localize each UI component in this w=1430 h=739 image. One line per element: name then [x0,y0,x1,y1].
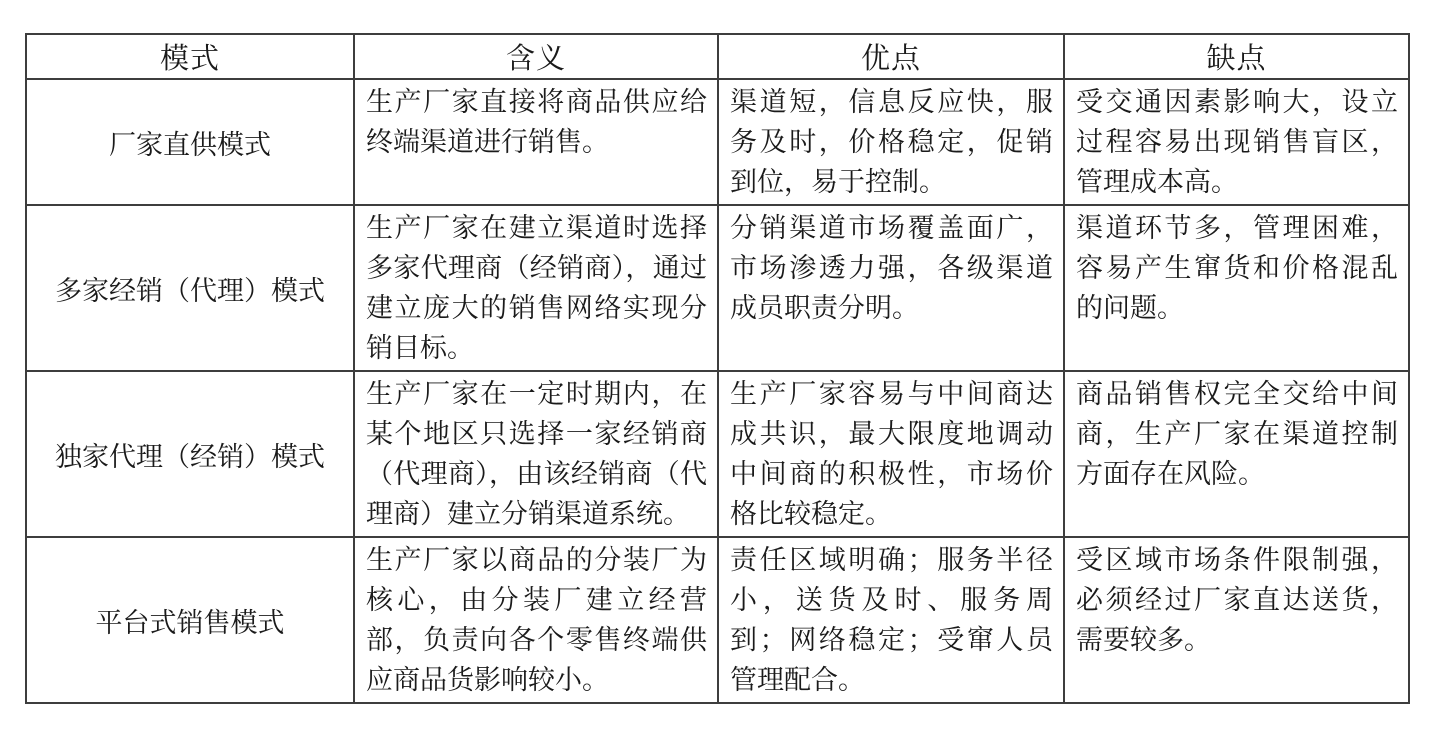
header-cons: 缺点 [1064,34,1409,79]
table-body: 厂家直供模式 生产厂家直接将商品供应给终端渠道进行销售。 渠道短，信息反应快，服… [26,79,1409,703]
cell-cons: 受区域市场条件限制强，必须经过厂家直达送货，需要较多。 [1064,537,1409,703]
distribution-models-table: 模式 含义 优点 缺点 厂家直供模式 生产厂家直接将商品供应给终端渠道进行销售。… [25,33,1410,704]
document-page: 模式 含义 优点 缺点 厂家直供模式 生产厂家直接将商品供应给终端渠道进行销售。… [0,0,1430,739]
header-row: 模式 含义 优点 缺点 [26,34,1409,79]
cell-mode: 厂家直供模式 [26,79,354,205]
cell-cons: 商品销售权完全交给中间商，生产厂家在渠道控制方面存在风险。 [1064,371,1409,537]
header-meaning: 含义 [354,34,718,79]
cell-pros: 生产厂家容易与中间商达成共识，最大限度地调动中间商的积极性，市场价格比较稳定。 [718,371,1064,537]
table-header: 模式 含义 优点 缺点 [26,34,1409,79]
cell-pros: 渠道短，信息反应快，服务及时，价格稳定，促销到位，易于控制。 [718,79,1064,205]
table-row: 厂家直供模式 生产厂家直接将商品供应给终端渠道进行销售。 渠道短，信息反应快，服… [26,79,1409,205]
header-pros: 优点 [718,34,1064,79]
cell-mode: 平台式销售模式 [26,537,354,703]
header-mode: 模式 [26,34,354,79]
table-row: 多家经销（代理）模式 生产厂家在建立渠道时选择多家代理商（经销商），通过建立庞大… [26,205,1409,371]
cell-cons: 受交通因素影响大，设立过程容易出现销售盲区，管理成本高。 [1064,79,1409,205]
cell-pros: 责任区域明确；服务半径小，送货及时、服务周到；网络稳定；受窜人员管理配合。 [718,537,1064,703]
cell-pros: 分销渠道市场覆盖面广，市场渗透力强，各级渠道成员职责分明。 [718,205,1064,371]
table-row: 独家代理（经销）模式 生产厂家在一定时期内，在某个地区只选择一家经销商（代理商）… [26,371,1409,537]
cell-meaning: 生产厂家在建立渠道时选择多家代理商（经销商），通过建立庞大的销售网络实现分销目标… [354,205,718,371]
cell-meaning: 生产厂家直接将商品供应给终端渠道进行销售。 [354,79,718,205]
cell-mode: 独家代理（经销）模式 [26,371,354,537]
cell-meaning: 生产厂家在一定时期内，在某个地区只选择一家经销商（代理商），由该经销商（代理商）… [354,371,718,537]
cell-cons: 渠道环节多，管理困难，容易产生窜货和价格混乱的问题。 [1064,205,1409,371]
table-row: 平台式销售模式 生产厂家以商品的分装厂为核心，由分装厂建立经营部，负责向各个零售… [26,537,1409,703]
cell-meaning: 生产厂家以商品的分装厂为核心，由分装厂建立经营部，负责向各个零售终端供应商品货影… [354,537,718,703]
cell-mode: 多家经销（代理）模式 [26,205,354,371]
